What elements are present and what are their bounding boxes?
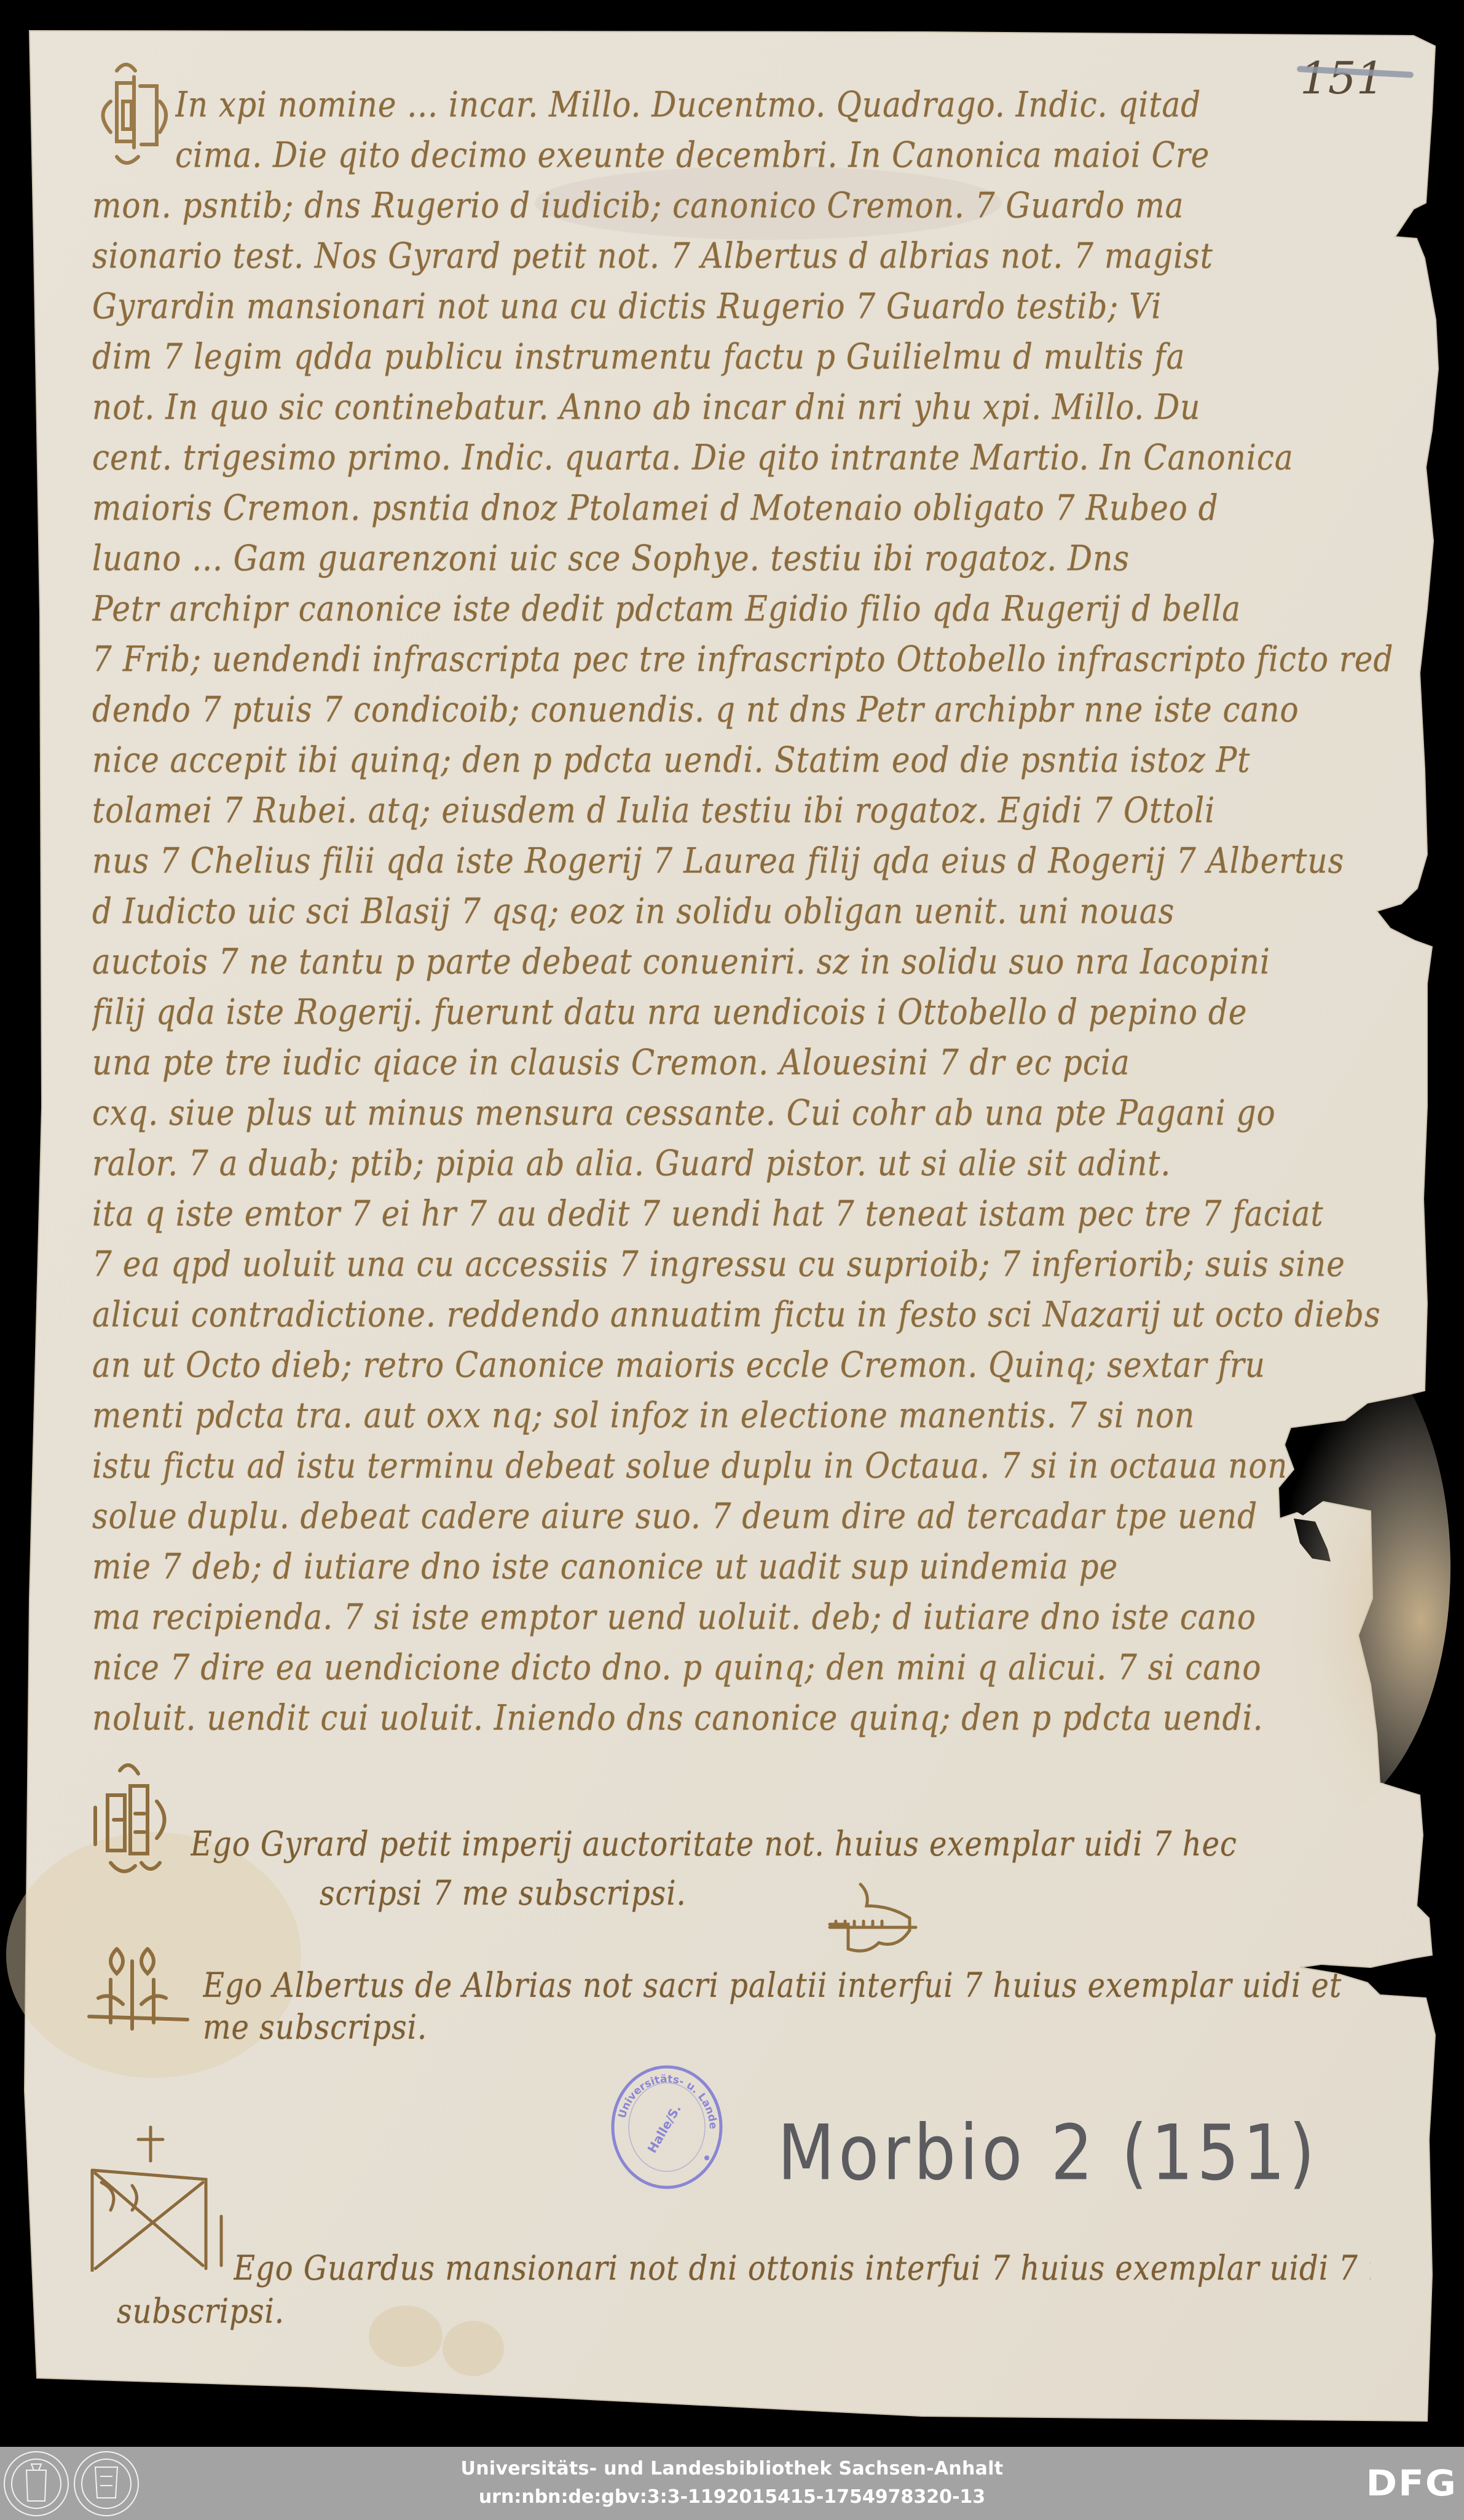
- document-viewer: 151 In xpi nomine ... incar. Millo. Duce…: [0, 0, 1464, 2447]
- manuscript-line: 7 ea qpd uoluit una cu accessiis 7 ingre…: [92, 1239, 1414, 1289]
- notary-subscription-line: Ego Gyrard petit imperij auctoritate not…: [191, 1820, 1358, 1870]
- manuscript-line: una pte tre iudic qiace in clausis Cremo…: [92, 1038, 1414, 1088]
- manuscript-line: auctois 7 ne tantu p parte debeat conuen…: [92, 937, 1414, 987]
- manuscript-line: ralor. 7 a duab; ptib; pipia ab alia. Gu…: [92, 1139, 1414, 1188]
- manuscript-line: istu fictu ad istu terminu debeat solue …: [92, 1441, 1285, 1491]
- notary-flourish-icon: [824, 1881, 922, 1961]
- notary-sign-guardus-icon: [83, 2124, 224, 2272]
- notary-sign-gyrardus-icon: [86, 1758, 178, 1881]
- manuscript-line: d Iudicto uic sci Blasij 7 qsq; eoz in s…: [92, 887, 1414, 936]
- manuscript-line: luano ... Gam guarenzoni uic sce Sophye.…: [92, 534, 1414, 583]
- manuscript-line: menti pdcta tra. aut oxx nq; sol infoz i…: [92, 1391, 1321, 1440]
- notary-subscription-line: me subscripsi.: [203, 2003, 572, 2053]
- manuscript-line: maioris Cremon. psntia dnoz Ptolamei d M…: [92, 483, 1414, 533]
- manuscript-line: tolamei 7 Rubei. atq; eiusdem d Iulia te…: [92, 786, 1414, 835]
- manuscript-line: Gyrardin mansionari not una cu dictis Ru…: [92, 282, 1414, 331]
- manuscript-line: mon. psntib; dns Rugerio d iudicib; cano…: [92, 181, 1414, 231]
- manuscript-line: nice accepit ibi quinq; den p pdcta uend…: [92, 735, 1414, 785]
- footer-institution-name: Universitäts- und Landesbibliothek Sachs…: [0, 2458, 1464, 2479]
- manuscript-line: dendo 7 ptuis 7 condicoib; conuendis. q …: [92, 685, 1414, 735]
- manuscript-line: In xpi nomine ... incar. Millo. Ducentmo…: [175, 80, 1343, 130]
- manuscript-line: solue duplu. debeat cadere aiure suo. 7 …: [92, 1491, 1321, 1541]
- manuscript-line: Petr archipr canonice iste dedit pdctam …: [92, 584, 1414, 634]
- manuscript-line: cima. Die qito decimo exeunte decembri. …: [175, 130, 1343, 180]
- footer-urn[interactable]: urn:nbn:de:gbv:3:3-1192015415-1754978320…: [0, 2486, 1464, 2508]
- manuscript-line: nice 7 dire ea uendicione dicto dno. p q…: [92, 1643, 1371, 1693]
- manuscript-line: dim 7 legim qdda publicu instrumentu fac…: [92, 332, 1414, 382]
- manuscript-line: mie 7 deb; d iutiare dno iste canonice u…: [92, 1542, 1321, 1592]
- manuscript-line: cent. trigesimo primo. Indic. quarta. Di…: [92, 433, 1414, 483]
- manuscript-line: sionario test. Nos Gyrard petit not. 7 A…: [92, 231, 1414, 281]
- notary-subscription-line: scripsi 7 me subscripsi.: [320, 1869, 750, 1919]
- footer-bar: Universitäts- und Landesbibliothek Sachs…: [0, 2447, 1464, 2520]
- notary-subscription-line: subscripsi.: [117, 2287, 363, 2337]
- pencil-shelfmark: Morbio 2 (151): [777, 2109, 1318, 2198]
- notary-sign-initial-icon: [92, 58, 172, 169]
- manuscript-line: ita q iste emtor 7 ei hr 7 au dedit 7 ue…: [92, 1189, 1414, 1239]
- manuscript-line: an ut Octo dieb; retro Canonice maioris …: [92, 1340, 1414, 1390]
- manuscript-line: noluit. uendit cui uoluit. Iniendo dns c…: [92, 1693, 1371, 1743]
- manuscript-line: cxq. siue plus ut minus mensura cessante…: [92, 1088, 1414, 1138]
- notary-sign-albertus-icon: [86, 1937, 191, 2035]
- manuscript-line: ma recipienda. 7 si iste emptor uend uol…: [92, 1592, 1371, 1642]
- manuscript-line: nus 7 Chelius filii qda iste Rogerij 7 L…: [92, 836, 1414, 886]
- manuscript-line: not. In quo sic continebatur. Anno ab in…: [92, 382, 1414, 432]
- library-stamp: Universitäts- u. Landesbibliothek Halle/…: [608, 2063, 725, 2192]
- dfg-logo: DFG: [1366, 2468, 1457, 2498]
- manuscript-line: filij qda iste Rogerij. fuerunt datu nra…: [92, 987, 1414, 1037]
- manuscript-line: 7 Frib; uendendi infrascripta pec tre in…: [92, 634, 1414, 684]
- stamp-text-inner: Halle/S.: [645, 2102, 684, 2155]
- manuscript-line: alicui contradictione. reddendo annuatim…: [92, 1290, 1414, 1340]
- notary-subscription-line: Ego Guardus mansionari not dni ottonis i…: [234, 2244, 1371, 2294]
